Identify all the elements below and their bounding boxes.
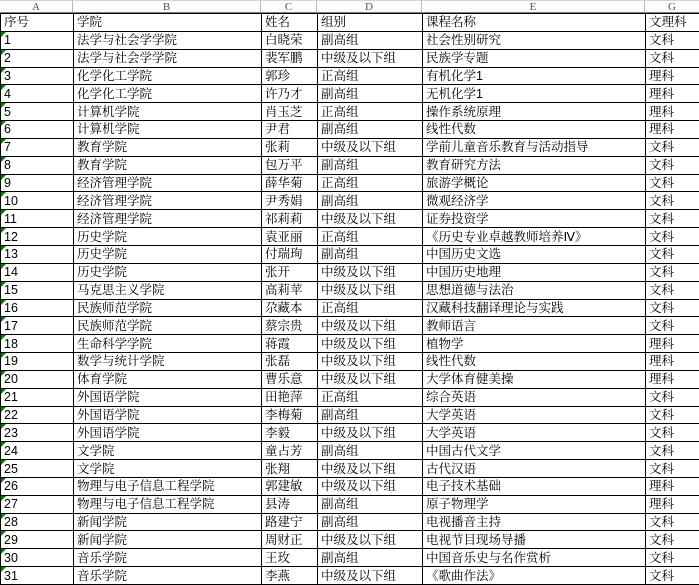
number-stored-as-text-icon [1, 567, 6, 572]
cell-name[interactable]: 裴军鹏 [262, 49, 318, 67]
cell-category[interactable]: 理科 [646, 85, 699, 103]
cell-num[interactable]: 5 [1, 103, 74, 121]
cell-name[interactable]: 曹乐意 [262, 370, 318, 388]
cell-course[interactable]: 大学英语 [423, 406, 646, 424]
cell-num[interactable]: 26 [1, 477, 74, 495]
spreadsheet-grid: 序号学院姓名组别课程名称文理科1法学与社会学学院白晓荣副高组社会性别研究文科2法… [0, 13, 699, 585]
cell-category[interactable]: 理科 [646, 477, 699, 495]
cell-name[interactable]: 蔡宗贵 [262, 317, 318, 335]
number-stored-as-text-icon [1, 282, 6, 287]
cell-course[interactable]: 电视播音主持 [423, 513, 646, 531]
cell-college[interactable]: 物理与电子信息工程学院 [74, 477, 262, 495]
cell-num[interactable]: 12 [1, 228, 74, 246]
cell-category[interactable]: 文科 [646, 245, 699, 263]
cell-group[interactable]: 副高组 [318, 406, 423, 424]
cell-name[interactable]: 肖玉芝 [262, 103, 318, 121]
number-stored-as-text-icon [1, 478, 6, 483]
table-row: 12历史学院袁亚丽正高组《历史专业卓越教师培养Ⅳ》文科 [1, 228, 699, 246]
cell-course[interactable]: 教师语言 [423, 317, 646, 335]
header-cell-category[interactable]: 文理科 [646, 14, 699, 32]
cell-category[interactable]: 文科 [646, 263, 699, 281]
cell-category[interactable]: 文科 [646, 513, 699, 531]
table-row: 6计算机学院尹君副高组线性代数理科 [1, 121, 699, 139]
number-stored-as-text-icon [1, 353, 6, 358]
cell-num[interactable]: 2 [1, 49, 74, 67]
table-row: 26物理与电子信息工程学院郭建敏中级及以下组电子技术基础理科 [1, 477, 699, 495]
cell-group[interactable]: 副高组 [318, 121, 423, 139]
cell-group[interactable]: 中级及以下组 [318, 281, 423, 299]
number-stored-as-text-icon [1, 549, 6, 554]
cell-course[interactable]: 《历史专业卓越教师培养Ⅳ》 [423, 228, 646, 246]
cell-course[interactable]: 无机化学1 [423, 85, 646, 103]
number-stored-as-text-icon [1, 192, 6, 197]
cell-num[interactable]: 28 [1, 513, 74, 531]
column-header-G[interactable]: G [645, 0, 699, 12]
cell-num[interactable]: 23 [1, 424, 74, 442]
cell-course[interactable]: 中国历史文选 [423, 245, 646, 263]
cell-name[interactable]: 周财正 [262, 531, 318, 549]
cell-course[interactable]: 教育研究方法 [423, 156, 646, 174]
cell-name[interactable]: 李毅 [262, 424, 318, 442]
cell-num[interactable]: 7 [1, 138, 74, 156]
cell-name[interactable]: 白晓荣 [262, 31, 318, 49]
table-row: 11经济管理学院祁莉莉中级及以下组证券投资学文科 [1, 210, 699, 228]
cell-num[interactable]: 6 [1, 121, 74, 139]
cell-num[interactable]: 16 [1, 299, 74, 317]
number-stored-as-text-icon [1, 317, 6, 322]
cell-college[interactable]: 民族师范学院 [74, 299, 262, 317]
cell-college[interactable]: 历史学院 [74, 228, 262, 246]
cell-course[interactable]: 微观经济学 [423, 192, 646, 210]
table-row: 3化学化工学院郭珍正高组有机化学1理科 [1, 67, 699, 85]
cell-group[interactable]: 中级及以下组 [318, 531, 423, 549]
table-row: 23外国语学院李毅中级及以下组大学英语文科 [1, 424, 699, 442]
cell-category[interactable]: 文科 [646, 317, 699, 335]
cell-course[interactable]: 学前儿童音乐教育与活动指导 [423, 138, 646, 156]
cell-college[interactable]: 体育学院 [74, 370, 262, 388]
cell-name[interactable]: 童占芳 [262, 442, 318, 460]
table-row: 8教育学院包万平副高组教育研究方法文科 [1, 156, 699, 174]
cell-college[interactable]: 生命科学学院 [74, 335, 262, 353]
cell-group[interactable]: 副高组 [318, 85, 423, 103]
cell-group[interactable]: 副高组 [318, 442, 423, 460]
table-row: 16民族师范学院尕藏本正高组汉藏科技翻译理论与实践文科 [1, 299, 699, 317]
cell-group[interactable]: 副高组 [318, 156, 423, 174]
column-header-A[interactable]: A [0, 0, 73, 12]
cell-course[interactable]: 植物学 [423, 335, 646, 353]
cell-course[interactable]: 电子技术基础 [423, 477, 646, 495]
cell-num[interactable]: 31 [1, 567, 74, 585]
cell-category[interactable]: 文科 [646, 299, 699, 317]
table-row: 21外国语学院田艳萍正高组综合英语文科 [1, 388, 699, 406]
number-stored-as-text-icon [1, 32, 6, 37]
cell-category[interactable]: 理科 [646, 353, 699, 371]
cell-group[interactable]: 正高组 [318, 174, 423, 192]
cell-category[interactable]: 文科 [646, 460, 699, 478]
cell-course[interactable]: 大学体育健美操 [423, 370, 646, 388]
cell-course[interactable]: 有机化学1 [423, 67, 646, 85]
cell-name[interactable]: 袁亚丽 [262, 228, 318, 246]
cell-category[interactable]: 文科 [646, 192, 699, 210]
table-row: 20体育学院曹乐意中级及以下组大学体育健美操理科 [1, 370, 699, 388]
cell-group[interactable]: 副高组 [318, 495, 423, 513]
table-row: 1法学与社会学学院白晓荣副高组社会性别研究文科 [1, 31, 699, 49]
cell-course[interactable]: 原子物理学 [423, 495, 646, 513]
column-header-B[interactable]: B [73, 0, 261, 12]
cell-college[interactable]: 计算机学院 [74, 121, 262, 139]
cell-group[interactable]: 中级及以下组 [318, 49, 423, 67]
column-header-C[interactable]: C [261, 0, 317, 12]
cell-num[interactable]: 10 [1, 192, 74, 210]
cell-course[interactable]: 证券投资学 [423, 210, 646, 228]
cell-num[interactable]: 20 [1, 370, 74, 388]
cell-group[interactable]: 中级及以下组 [318, 263, 423, 281]
cell-college[interactable]: 外国语学院 [74, 388, 262, 406]
number-stored-as-text-icon [1, 139, 6, 144]
cell-num[interactable]: 8 [1, 156, 74, 174]
cell-name[interactable]: 县涛 [262, 495, 318, 513]
cell-college[interactable]: 音乐学院 [74, 567, 262, 585]
cell-name[interactable]: 高莉苹 [262, 281, 318, 299]
cell-group[interactable]: 副高组 [318, 549, 423, 567]
cell-num[interactable]: 15 [1, 281, 74, 299]
cell-course[interactable]: 中国音乐史与名作赏析 [423, 549, 646, 567]
cell-college[interactable]: 经济管理学院 [74, 210, 262, 228]
number-stored-as-text-icon [1, 371, 6, 376]
cell-group[interactable]: 正高组 [318, 67, 423, 85]
cell-course[interactable]: 《歌曲作法》 [423, 567, 646, 585]
header-cell-num[interactable]: 序号 [1, 14, 74, 32]
number-stored-as-text-icon [1, 85, 6, 90]
number-stored-as-text-icon [1, 68, 6, 73]
cell-category[interactable]: 文科 [646, 531, 699, 549]
cell-college[interactable]: 经济管理学院 [74, 174, 262, 192]
cell-college[interactable]: 历史学院 [74, 245, 262, 263]
cell-group[interactable]: 副高组 [318, 513, 423, 531]
cell-category[interactable]: 理科 [646, 370, 699, 388]
cell-name[interactable]: 祁莉莉 [262, 210, 318, 228]
cell-name[interactable]: 田艳萍 [262, 388, 318, 406]
cell-category[interactable]: 文科 [646, 174, 699, 192]
number-stored-as-text-icon [1, 121, 6, 126]
cell-num[interactable]: 29 [1, 531, 74, 549]
cell-college[interactable]: 外国语学院 [74, 406, 262, 424]
header-row: 序号学院姓名组别课程名称文理科 [1, 14, 699, 32]
table-row: 7教育学院张莉中级及以下组学前儿童音乐教育与活动指导文科 [1, 138, 699, 156]
cell-course[interactable]: 社会性别研究 [423, 31, 646, 49]
cell-category[interactable]: 理科 [646, 495, 699, 513]
table-row: 30音乐学院王玫副高组中国音乐史与名作赏析文科 [1, 549, 699, 567]
cell-category[interactable]: 理科 [646, 121, 699, 139]
cell-name[interactable]: 郭建敏 [262, 477, 318, 495]
cell-name[interactable]: 尹君 [262, 121, 318, 139]
number-stored-as-text-icon [1, 335, 6, 340]
cell-course[interactable]: 中国古代文学 [423, 442, 646, 460]
cell-course[interactable]: 线性代数 [423, 121, 646, 139]
cell-category[interactable]: 文科 [646, 49, 699, 67]
cell-course[interactable]: 线性代数 [423, 353, 646, 371]
cell-college[interactable]: 计算机学院 [74, 103, 262, 121]
cell-num[interactable]: 25 [1, 460, 74, 478]
cell-category[interactable]: 理科 [646, 335, 699, 353]
cell-college[interactable]: 外国语学院 [74, 424, 262, 442]
table-row: 13历史学院付瑞珣副高组中国历史文选文科 [1, 245, 699, 263]
cell-num[interactable]: 11 [1, 210, 74, 228]
cell-group[interactable]: 中级及以下组 [318, 567, 423, 585]
cell-college[interactable]: 新闻学院 [74, 513, 262, 531]
cell-num[interactable]: 21 [1, 388, 74, 406]
cell-college[interactable]: 文学院 [74, 442, 262, 460]
column-header-E[interactable]: E [422, 0, 645, 12]
cell-name[interactable]: 路建宁 [262, 513, 318, 531]
cell-name[interactable]: 付瑞珣 [262, 245, 318, 263]
cell-category[interactable]: 文科 [646, 138, 699, 156]
header-cell-college[interactable]: 学院 [74, 14, 262, 32]
table-row: 14历史学院张开中级及以下组中国历史地理文科 [1, 263, 699, 281]
cell-category[interactable]: 文科 [646, 567, 699, 585]
cell-name[interactable]: 包万平 [262, 156, 318, 174]
cell-group[interactable]: 正高组 [318, 103, 423, 121]
number-stored-as-text-icon [1, 264, 6, 269]
table-row: 18生命科学学院蒋霞中级及以下组植物学理科 [1, 335, 699, 353]
cell-college[interactable]: 化学化工学院 [74, 67, 262, 85]
table-row: 15马克思主义学院高莉苹中级及以下组思想道德与法治文科 [1, 281, 699, 299]
table-row: 31音乐学院李燕中级及以下组《歌曲作法》文科 [1, 567, 699, 585]
cell-num[interactable]: 1 [1, 31, 74, 49]
table-row: 27物理与电子信息工程学院县涛副高组原子物理学理科 [1, 495, 699, 513]
cell-college[interactable]: 新闻学院 [74, 531, 262, 549]
cell-course[interactable]: 操作系统原理 [423, 103, 646, 121]
cell-name[interactable]: 张磊 [262, 353, 318, 371]
cell-category[interactable]: 文科 [646, 228, 699, 246]
sheet-body: 序号学院姓名组别课程名称文理科1法学与社会学学院白晓荣副高组社会性别研究文科2法… [1, 14, 699, 585]
number-stored-as-text-icon [1, 228, 6, 233]
table-row: 29新闻学院周财正中级及以下组电视节目现场导播文科 [1, 531, 699, 549]
table-row: 10经济管理学院尹秀娟副高组微观经济学文科 [1, 192, 699, 210]
cell-group[interactable]: 正高组 [318, 299, 423, 317]
number-stored-as-text-icon [1, 514, 6, 519]
number-stored-as-text-icon [1, 531, 6, 536]
cell-category[interactable]: 理科 [646, 67, 699, 85]
cell-category[interactable]: 理科 [646, 103, 699, 121]
header-cell-course[interactable]: 课程名称 [423, 14, 646, 32]
table-row: 22外国语学院李梅菊副高组大学英语文科 [1, 406, 699, 424]
cell-group[interactable]: 中级及以下组 [318, 335, 423, 353]
cell-group[interactable]: 中级及以下组 [318, 210, 423, 228]
cell-category[interactable]: 文科 [646, 210, 699, 228]
cell-num[interactable]: 4 [1, 85, 74, 103]
cell-category[interactable]: 文科 [646, 442, 699, 460]
cell-name[interactable]: 王玫 [262, 549, 318, 567]
table-row: 19数学与统计学院张磊中级及以下组线性代数理科 [1, 353, 699, 371]
cell-group[interactable]: 副高组 [318, 245, 423, 263]
cell-college[interactable]: 法学与社会学学院 [74, 49, 262, 67]
number-stored-as-text-icon [1, 496, 6, 501]
cell-name[interactable]: 张翔 [262, 460, 318, 478]
header-cell-group[interactable]: 组别 [318, 14, 423, 32]
cell-name[interactable]: 张开 [262, 263, 318, 281]
number-stored-as-text-icon [1, 389, 6, 394]
cell-college[interactable]: 历史学院 [74, 263, 262, 281]
cell-num[interactable]: 24 [1, 442, 74, 460]
cell-college[interactable]: 化学化工学院 [74, 85, 262, 103]
cell-category[interactable]: 文科 [646, 424, 699, 442]
cell-college[interactable]: 文学院 [74, 460, 262, 478]
cell-num[interactable]: 19 [1, 353, 74, 371]
cell-group[interactable]: 正高组 [318, 388, 423, 406]
cell-course[interactable]: 古代汉语 [423, 460, 646, 478]
table-row: 25文学院张翔中级及以下组古代汉语文科 [1, 460, 699, 478]
number-stored-as-text-icon [1, 157, 6, 162]
cell-course[interactable]: 思想道德与法治 [423, 281, 646, 299]
cell-name[interactable]: 张莉 [262, 138, 318, 156]
cell-college[interactable]: 教育学院 [74, 138, 262, 156]
cell-num[interactable]: 13 [1, 245, 74, 263]
table-row: 2法学与社会学学院裴军鹏中级及以下组民族学专题文科 [1, 49, 699, 67]
cell-num[interactable]: 3 [1, 67, 74, 85]
cell-college[interactable]: 马克思主义学院 [74, 281, 262, 299]
cell-group[interactable]: 副高组 [318, 31, 423, 49]
cell-category[interactable]: 文科 [646, 281, 699, 299]
cell-college[interactable]: 物理与电子信息工程学院 [74, 495, 262, 513]
cell-category[interactable]: 文科 [646, 156, 699, 174]
cell-college[interactable]: 法学与社会学学院 [74, 31, 262, 49]
cell-name[interactable]: 蒋霞 [262, 335, 318, 353]
number-stored-as-text-icon [1, 210, 6, 215]
column-letter-strip: ABCDEG [0, 0, 699, 13]
table-row: 9经济管理学院薛华菊正高组旅游学概论文科 [1, 174, 699, 192]
cell-college[interactable]: 经济管理学院 [74, 192, 262, 210]
table-row: 17民族师范学院蔡宗贵中级及以下组教师语言文科 [1, 317, 699, 335]
cell-category[interactable]: 文科 [646, 31, 699, 49]
cell-course[interactable]: 综合英语 [423, 388, 646, 406]
cell-course[interactable]: 中国历史地理 [423, 263, 646, 281]
number-stored-as-text-icon [1, 175, 6, 180]
cell-num[interactable]: 14 [1, 263, 74, 281]
cell-name[interactable]: 李梅菊 [262, 406, 318, 424]
table-row: 28新闻学院路建宁副高组电视播音主持文科 [1, 513, 699, 531]
cell-course[interactable]: 电视节目现场导播 [423, 531, 646, 549]
cell-num[interactable]: 17 [1, 317, 74, 335]
cell-college[interactable]: 音乐学院 [74, 549, 262, 567]
number-stored-as-text-icon [1, 407, 6, 412]
cell-name[interactable]: 许乃才 [262, 85, 318, 103]
number-stored-as-text-icon [1, 246, 6, 251]
number-stored-as-text-icon [1, 460, 6, 465]
cell-name[interactable]: 尹秀娟 [262, 192, 318, 210]
cell-category[interactable]: 文科 [646, 388, 699, 406]
cell-num[interactable]: 22 [1, 406, 74, 424]
cell-course[interactable]: 民族学专题 [423, 49, 646, 67]
number-stored-as-text-icon [1, 300, 6, 305]
cell-course[interactable]: 旅游学概论 [423, 174, 646, 192]
cell-college[interactable]: 民族师范学院 [74, 317, 262, 335]
number-stored-as-text-icon [1, 442, 6, 447]
cell-course[interactable]: 大学英语 [423, 424, 646, 442]
header-cell-name[interactable]: 姓名 [262, 14, 318, 32]
cell-name[interactable]: 薛华菊 [262, 174, 318, 192]
cell-name[interactable]: 李燕 [262, 567, 318, 585]
cell-course[interactable]: 汉藏科技翻译理论与实践 [423, 299, 646, 317]
cell-name[interactable]: 郭珍 [262, 67, 318, 85]
cell-category[interactable]: 文科 [646, 406, 699, 424]
cell-name[interactable]: 尕藏本 [262, 299, 318, 317]
number-stored-as-text-icon [1, 424, 6, 429]
cell-num[interactable]: 9 [1, 174, 74, 192]
column-header-D[interactable]: D [317, 0, 422, 12]
table-row: 24文学院童占芳副高组中国古代文学文科 [1, 442, 699, 460]
cell-category[interactable]: 文科 [646, 549, 699, 567]
number-stored-as-text-icon [1, 103, 6, 108]
table-row: 4化学化工学院许乃才副高组无机化学1理科 [1, 85, 699, 103]
cell-group[interactable]: 副高组 [318, 192, 423, 210]
cell-group[interactable]: 中级及以下组 [318, 138, 423, 156]
cell-college[interactable]: 教育学院 [74, 156, 262, 174]
cell-group[interactable]: 中级及以下组 [318, 424, 423, 442]
cell-num[interactable]: 27 [1, 495, 74, 513]
cell-group[interactable]: 正高组 [318, 228, 423, 246]
cell-group[interactable]: 中级及以下组 [318, 477, 423, 495]
cell-num[interactable]: 18 [1, 335, 74, 353]
cell-num[interactable]: 30 [1, 549, 74, 567]
cell-group[interactable]: 中级及以下组 [318, 353, 423, 371]
cell-group[interactable]: 中级及以下组 [318, 370, 423, 388]
cell-college[interactable]: 数学与统计学院 [74, 353, 262, 371]
cell-group[interactable]: 中级及以下组 [318, 317, 423, 335]
cell-group[interactable]: 中级及以下组 [318, 460, 423, 478]
number-stored-as-text-icon [1, 50, 6, 55]
table-row: 5计算机学院肖玉芝正高组操作系统原理理科 [1, 103, 699, 121]
